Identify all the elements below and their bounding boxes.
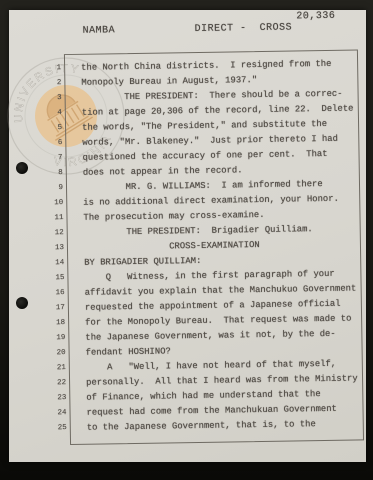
line-number: 4 [44, 106, 62, 121]
transcript-line: to the Japanese Government, that is, to … [87, 416, 359, 435]
line-number: 25 [49, 421, 67, 436]
line-number: 17 [47, 301, 65, 316]
line-number: 3 [44, 91, 62, 106]
line-number: 13 [46, 241, 64, 256]
line-number: 6 [44, 136, 62, 151]
line-numbers-column: 1234567891011121314151617181920212223242… [43, 61, 67, 436]
line-number: 23 [48, 391, 66, 406]
line-number: 16 [47, 286, 65, 301]
line-number: 5 [44, 121, 62, 136]
line-number: 20 [48, 346, 66, 361]
line-number: 18 [47, 316, 65, 331]
line-number: 10 [45, 196, 63, 211]
header-page-number: 20,336 [296, 11, 335, 23]
header-examination-type: DIRECT - CROSS [194, 22, 292, 35]
transcript-lines-column: the North China districts. I resigned fr… [81, 57, 359, 436]
line-number: 19 [47, 331, 65, 346]
scanned-page: UNIVERSITY VIRGINIA NAMBA DIRECT - CROSS… [0, 0, 373, 480]
line-number: 1 [43, 61, 61, 76]
line-number: 21 [48, 361, 66, 376]
line-number: 7 [44, 151, 62, 166]
typed-content-layer: NAMBA DIRECT - CROSS 20,336 123456789101… [0, 0, 373, 480]
line-number: 15 [46, 271, 64, 286]
line-number: 22 [48, 376, 66, 391]
transcript-text-box: 1234567891011121314151617181920212223242… [64, 49, 364, 445]
line-number: 9 [45, 181, 63, 196]
line-number: 24 [48, 406, 66, 421]
line-number: 2 [43, 76, 61, 91]
line-number: 8 [45, 166, 63, 181]
line-number: 11 [45, 211, 63, 226]
header-witness-name: NAMBA [82, 25, 115, 37]
line-number: 12 [46, 226, 64, 241]
line-number: 14 [46, 256, 64, 271]
